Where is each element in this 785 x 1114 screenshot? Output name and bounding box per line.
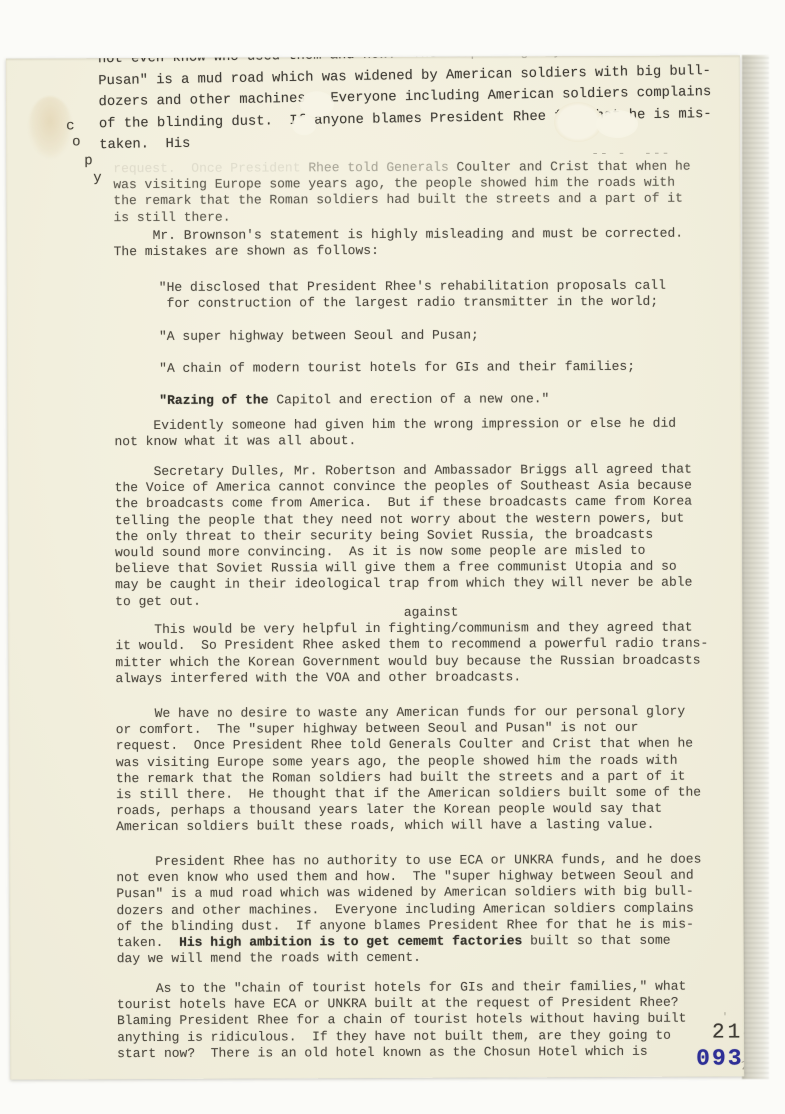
quote-bold-segment: "Razing of the (159, 393, 276, 409)
paragraph-faded-intro: request. Once President Rhee told Genera… (113, 159, 691, 226)
pencil-page-number: 214 (740, 1057, 744, 1073)
fragment-cut-line: not even know who used them and how. (98, 55, 413, 67)
whiteout-blob (292, 115, 316, 135)
paragraph-tourist-hotels: As to the "chain of tourist hotels for G… (117, 979, 687, 1062)
quote-items: "He disclosed that President Rhee's reha… (159, 278, 666, 392)
scanned-document: not even know who used them and how. The… (0, 0, 785, 1114)
whiteout-blob (596, 110, 638, 138)
fragment-cut-line-faded: The "super highway between Seoul and (412, 55, 710, 62)
paragraph-fighting-communism: against This would be very helpful in fi… (115, 604, 708, 688)
paragraph-evidently: Evidently someone had given him the wron… (114, 416, 676, 451)
quoted-mistakes-list: "He disclosed that President Rhee's reha… (159, 278, 667, 410)
fragment-body-text: Pusan" is a mud road which was widened b… (98, 64, 712, 154)
page-edge-shadow (742, 55, 769, 1079)
document-page: not even know who used them and how. The… (6, 55, 744, 1079)
blue-stamp-number: 0935 (696, 1045, 744, 1071)
margin-note-letter-p: p (84, 153, 92, 169)
margin-note-letter-o: o (72, 134, 80, 150)
dim-text: Rhee told Generals (308, 160, 456, 176)
whiteout-blob (300, 91, 334, 117)
bold-segment: His high ambition is to get cememt facto… (179, 933, 522, 949)
typed-page-number: 214 (712, 1021, 744, 1044)
quote-item-end: Capitol and erection of a new one." (276, 392, 549, 408)
overlapping-page-fragment: not even know who used them and how. The… (98, 55, 712, 156)
paragraph-no-authority: President Rhee has no authority to use E… (116, 852, 702, 968)
paragraph-no-desire: We have no desire to waste any American … (116, 704, 702, 836)
paragraph-brownson: Mr. Brownson's statement is highly misle… (114, 226, 684, 261)
paragraph-dulles-voa: Secretary Dulles, Mr. Robertson and Amba… (115, 462, 693, 610)
faded-text-start: request. Once President (113, 160, 308, 176)
margin-note-letter-c: c (66, 118, 74, 134)
whiteout-blob-ringed (554, 102, 602, 142)
margin-note-letter-y: y (93, 170, 101, 186)
